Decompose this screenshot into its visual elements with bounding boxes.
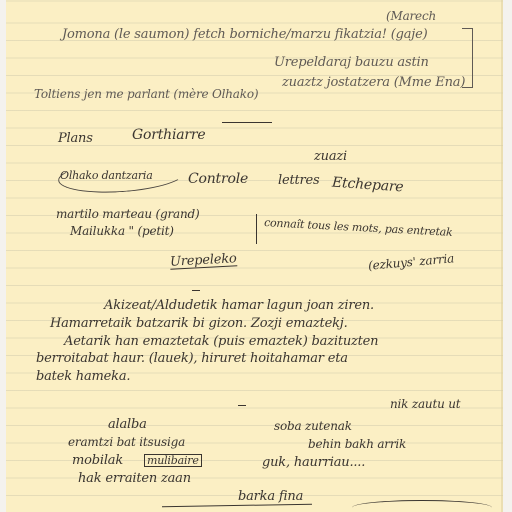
heading: Gorthiarre bbox=[132, 128, 205, 142]
separator-dash bbox=[222, 122, 272, 123]
text-word: Etchepare bbox=[332, 176, 404, 195]
text-line: Toltiens jen me parlant (mère Olhako) bbox=[34, 88, 258, 100]
text-line: Jomona (le saumon) fetch borniche/marzu … bbox=[62, 28, 427, 41]
vocab-line: Mailukka " (petit) bbox=[70, 225, 174, 237]
right-note: nik zautu ut bbox=[390, 398, 460, 410]
text-line: zuaztz jostatzera (Mme Ena) bbox=[282, 76, 465, 89]
paragraph-line: Aetarik han emaztetak (puis emaztek) baz… bbox=[64, 335, 378, 348]
list-item: behin bakh arrik bbox=[308, 438, 406, 450]
text-word: Controle bbox=[188, 172, 248, 186]
paragraph-line: batek hameka. bbox=[36, 370, 130, 383]
list-item: mobilak bbox=[72, 454, 123, 467]
separator-dash bbox=[192, 290, 200, 291]
paragraph-line: berroitabat haur. (lauek), hiruret hoita… bbox=[36, 352, 348, 365]
list-item: eramtzi bat itsusiga bbox=[68, 436, 185, 448]
divider-mark bbox=[256, 214, 257, 244]
boxed-word: mulibaire bbox=[144, 454, 202, 467]
text-line: Urepeldaraj bauzu astin bbox=[274, 56, 429, 69]
list-item: hak erraiten zaan bbox=[78, 472, 191, 485]
heading-prefix: Plans bbox=[58, 132, 93, 145]
list-item: guk, haurriau.... bbox=[262, 456, 365, 469]
text-word: lettres bbox=[278, 174, 319, 187]
list-item: alalba bbox=[108, 418, 147, 431]
separator-dash bbox=[238, 405, 246, 406]
note-line: connaît tous les mots, pas entretak bbox=[264, 217, 453, 238]
marginal-note: (Marech bbox=[386, 10, 436, 22]
vocab-line: martilo marteau (grand) bbox=[56, 208, 199, 220]
list-item: soba zutenak bbox=[274, 420, 352, 432]
paragraph-line: Hamarretaik batzarik bi gizon. Zozji ema… bbox=[50, 317, 348, 330]
circle-mark bbox=[57, 156, 187, 197]
underlined-word: Urepeleko bbox=[170, 252, 237, 269]
curved-stroke bbox=[352, 500, 492, 512]
superscript-note: zuazi bbox=[314, 150, 347, 163]
underline-stroke bbox=[162, 504, 312, 508]
footer-word: barka fina bbox=[238, 490, 303, 503]
paragraph-line: Akizeat/Aldudetik hamar lagun joan ziren… bbox=[104, 299, 374, 312]
parenthetical-note: (ezkuys' zarria bbox=[368, 252, 455, 271]
notebook-page: (Marech Jomona (le saumon) fetch bornich… bbox=[6, 0, 503, 512]
